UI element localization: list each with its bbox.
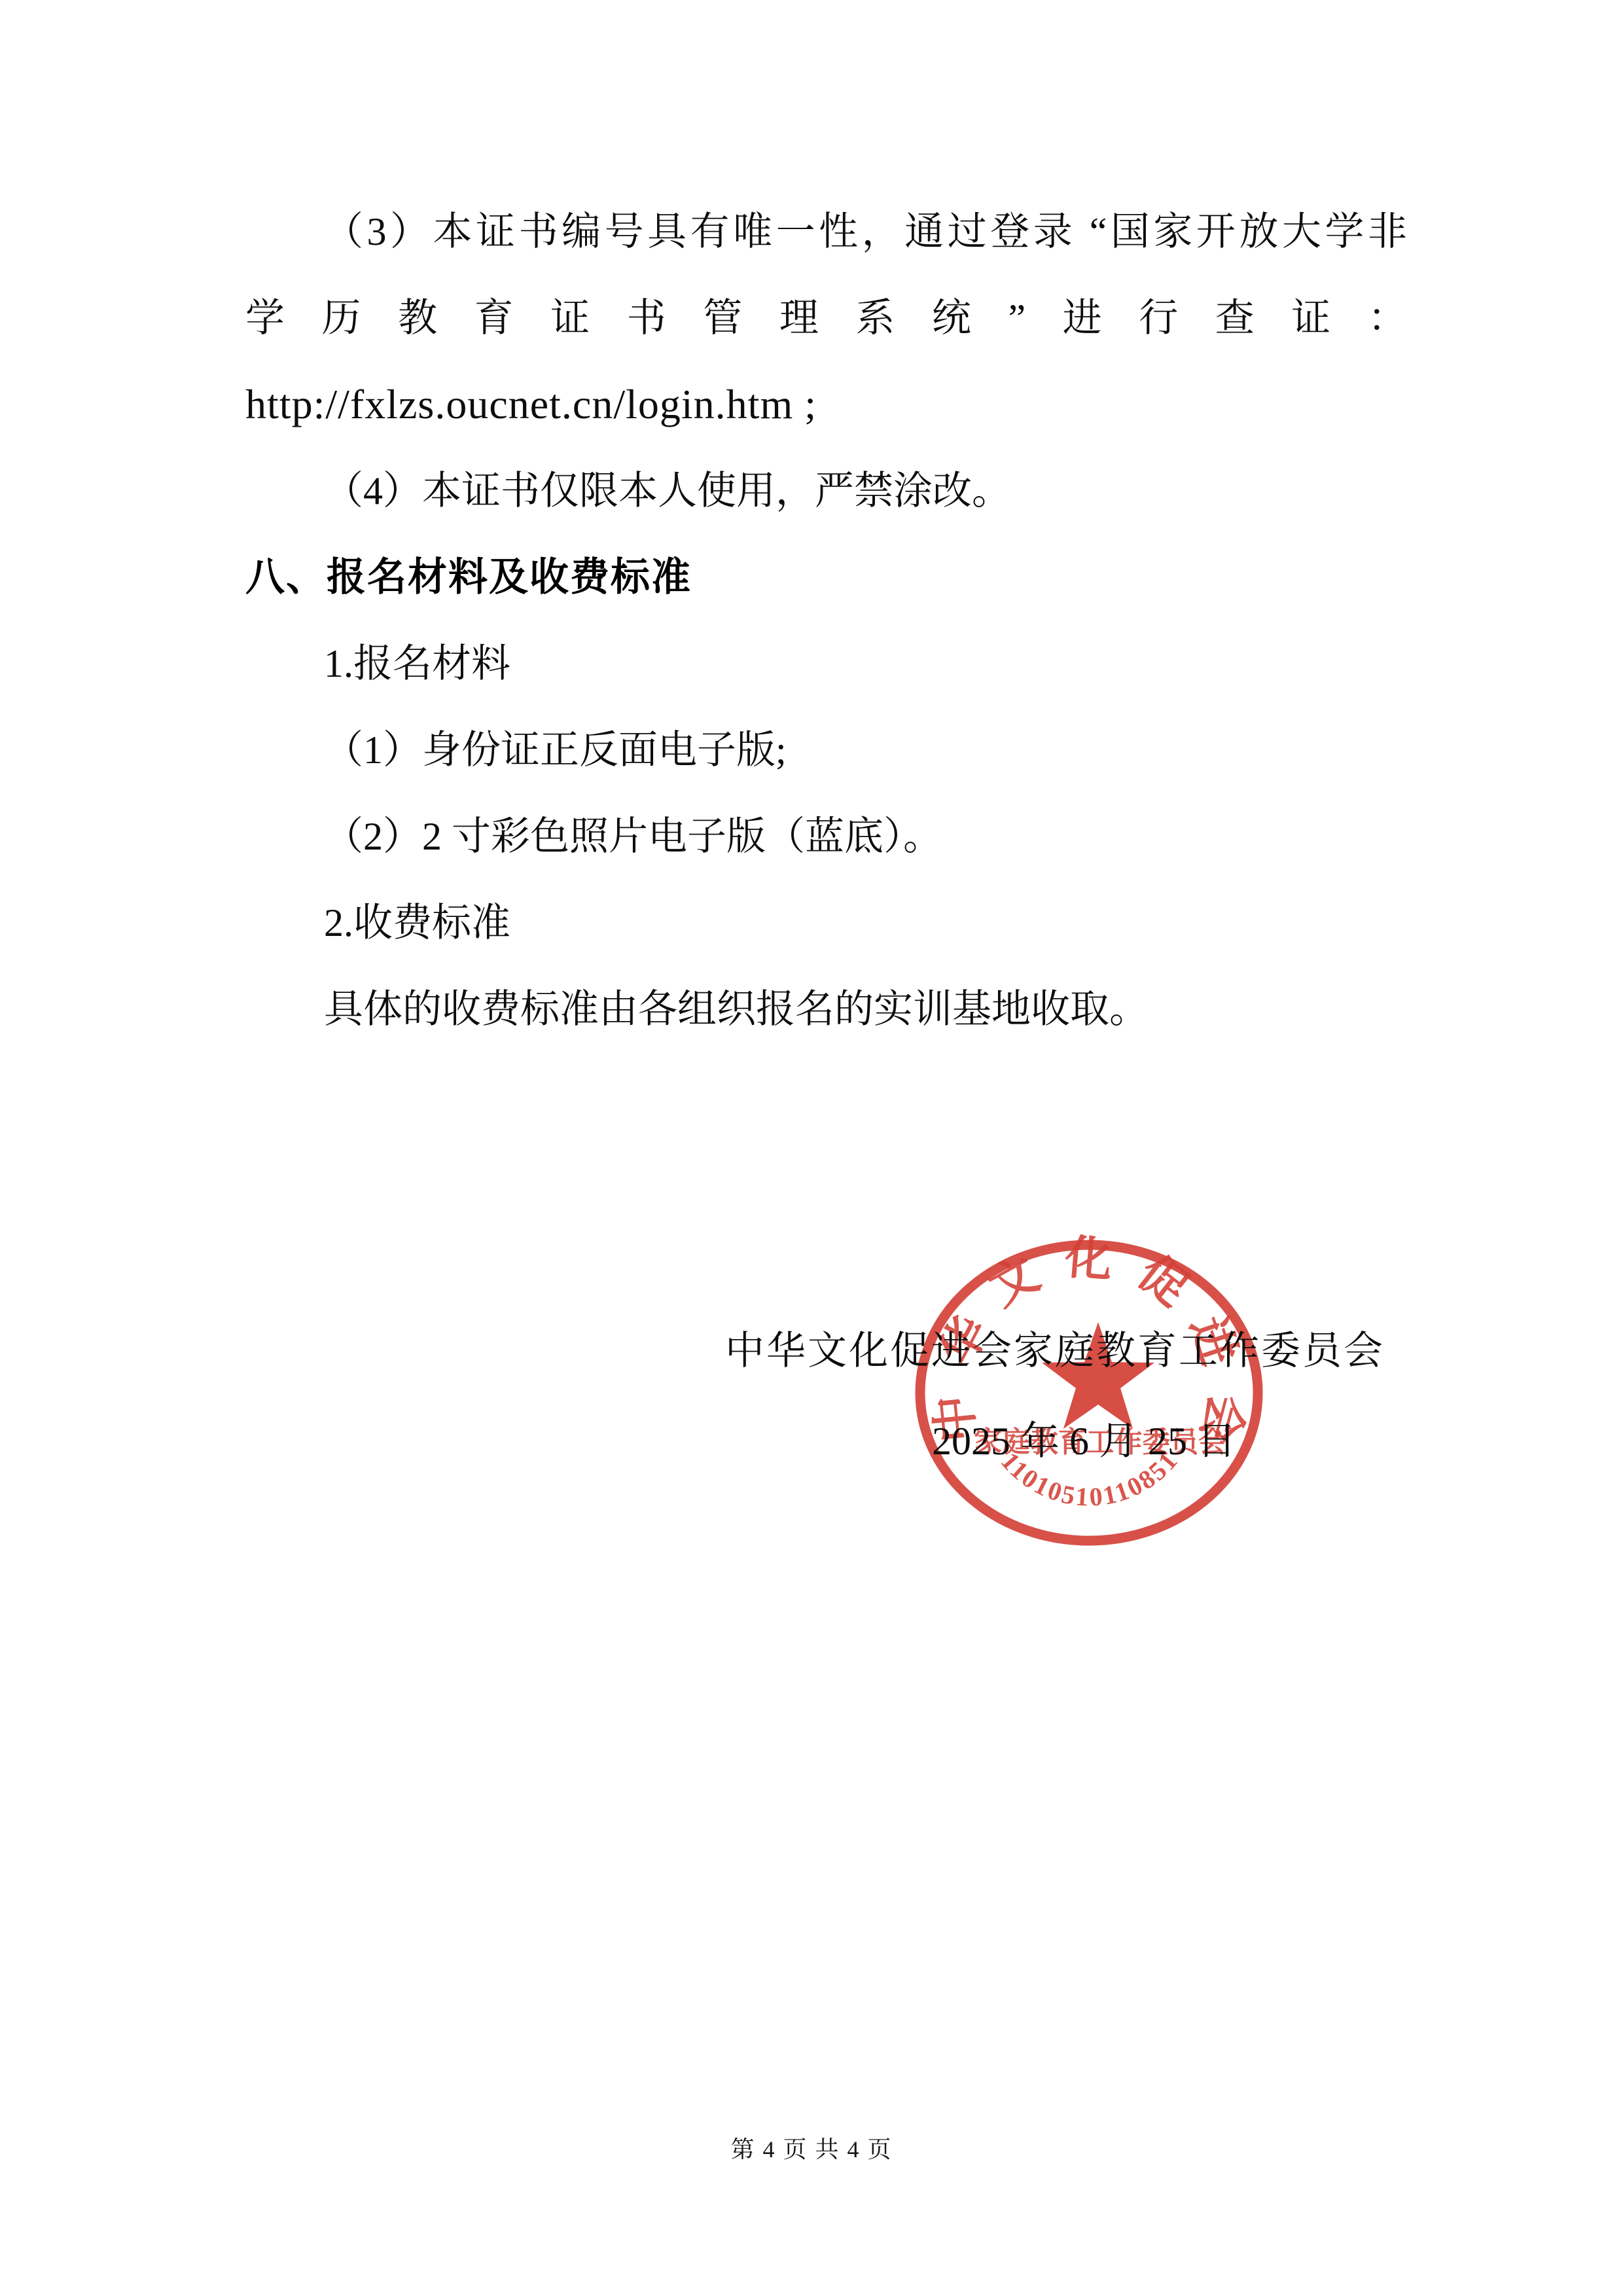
document-page: （3）本证书编号具有唯一性，通过登录 “国家开放大学非 学历教育证书管理系统”进… bbox=[0, 0, 1623, 2296]
section-heading: 八、报名材料及收费标准 bbox=[245, 534, 1407, 620]
page-footer: 第 4 页 共 4 页 bbox=[0, 2131, 1623, 2164]
url-text: http://fxlzs.oucnet.cn/login.htm ; bbox=[245, 361, 1407, 448]
official-stamp: 中华文化促进会 家庭教育工作委员会 11010510110851 bbox=[912, 1234, 1266, 1549]
body-line-6: 1.报名材料 bbox=[245, 620, 1407, 707]
body-line-9: 2.收费标准 bbox=[245, 880, 1407, 966]
body-line-1: （3）本证书编号具有唯一性，通过登录 “国家开放大学非 bbox=[245, 188, 1407, 275]
document-body: （3）本证书编号具有唯一性，通过登录 “国家开放大学非 学历教育证书管理系统”进… bbox=[245, 188, 1407, 1052]
body-line-4: （4）本证书仅限本人使用，严禁涂改。 bbox=[245, 448, 1407, 534]
body-line-10: 具体的收费标准由各组织报名的实训基地收取。 bbox=[245, 966, 1407, 1052]
signature-org: 中华文化促进会家庭教育工作委员会 bbox=[725, 1319, 1385, 1376]
body-line-7: （1）身份证正反面电子版; bbox=[245, 707, 1407, 793]
body-line-2: 学历教育证书管理系统”进行查证： bbox=[245, 275, 1407, 361]
signature-date: 2025 年 6 月 25 日 bbox=[932, 1410, 1236, 1466]
body-line-8: （2）2 寸彩色照片电子版（蓝底）。 bbox=[245, 793, 1407, 880]
